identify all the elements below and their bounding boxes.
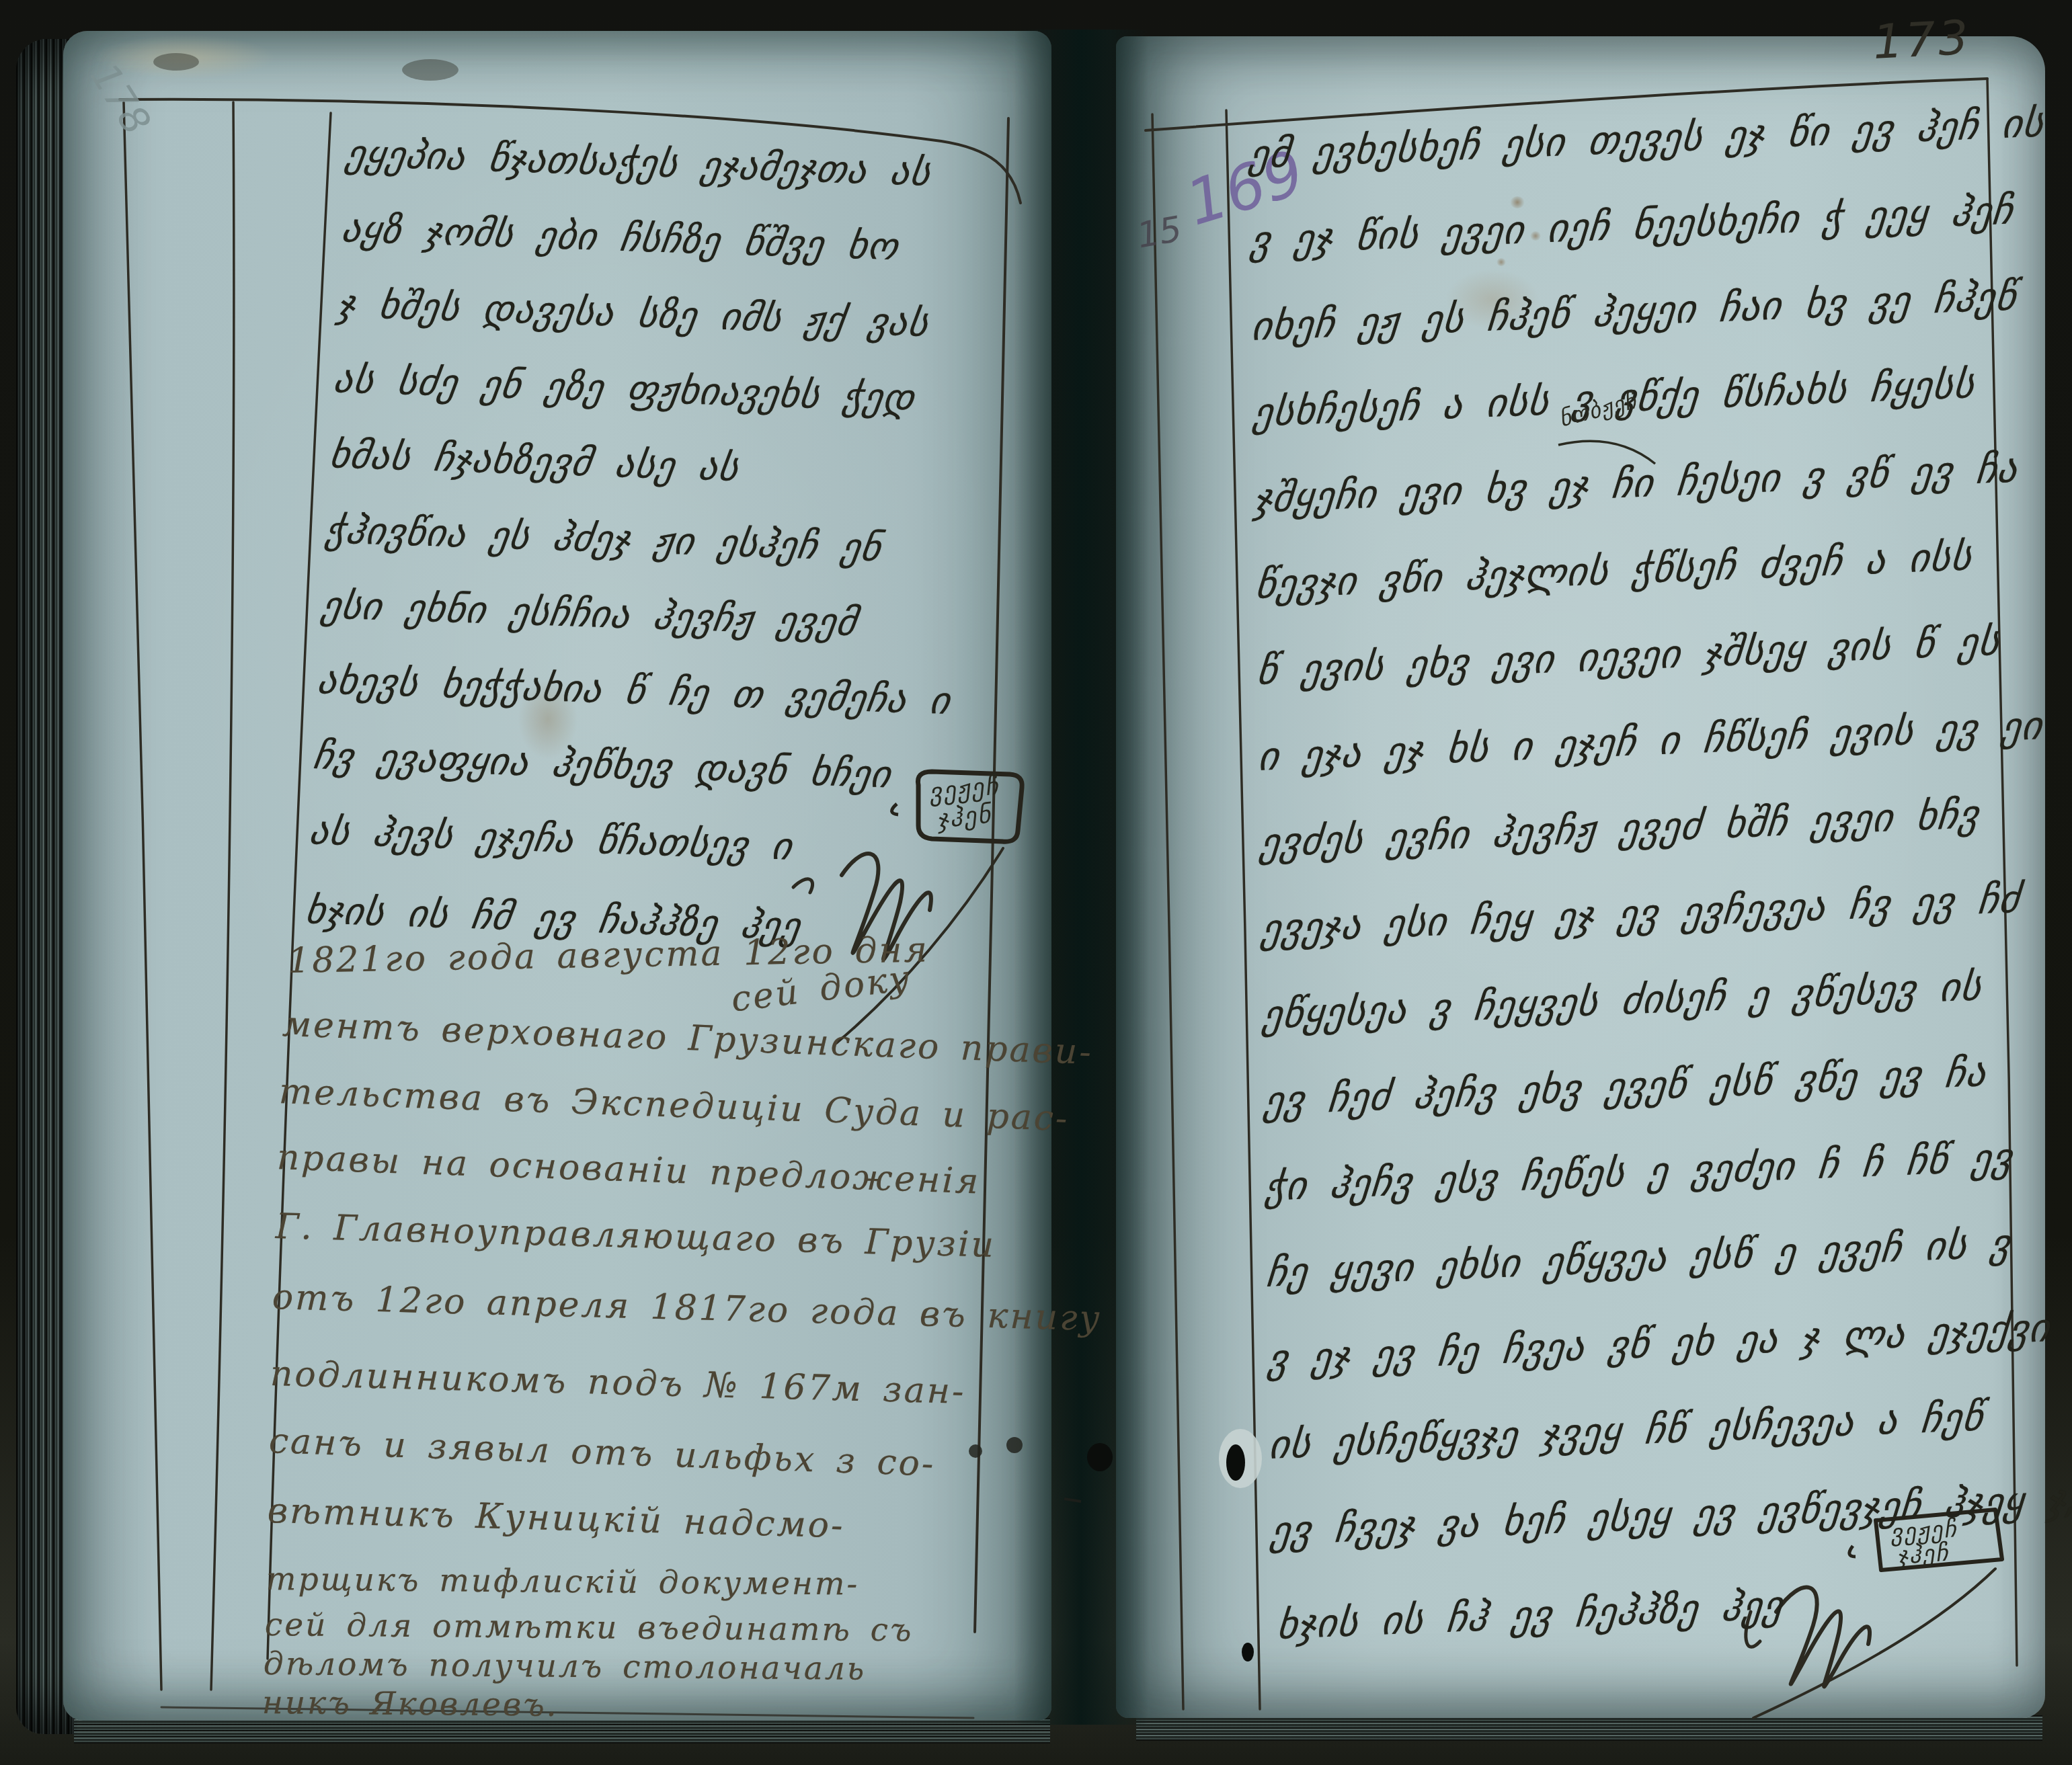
- binding-holes: [1064, 1429, 1262, 1661]
- margin-box-text: ჯჰეჩ: [1897, 1540, 1950, 1570]
- ink-blots: [969, 1437, 1023, 1458]
- russian-line: сей для отмѣтки въединатѣ съ: [265, 1606, 914, 1649]
- manuscript-book-scan: 178 ეყეპია წჯათსაჭეს ეჯამეჯთა ას აყზ ჯომ…: [0, 0, 2072, 1765]
- russian-line: трщикъ тифлискій документ-: [266, 1561, 860, 1603]
- russian-line: никъ Яковлевъ.: [262, 1684, 559, 1724]
- ink-smudges: [153, 53, 459, 81]
- crossed-gutter-number: 15: [1134, 209, 1185, 257]
- page-number: 173: [1872, 9, 1973, 70]
- margin-box-text: ჯჰენ: [936, 800, 994, 834]
- russian-line: дѣломъ получилъ столоначаль: [264, 1645, 867, 1688]
